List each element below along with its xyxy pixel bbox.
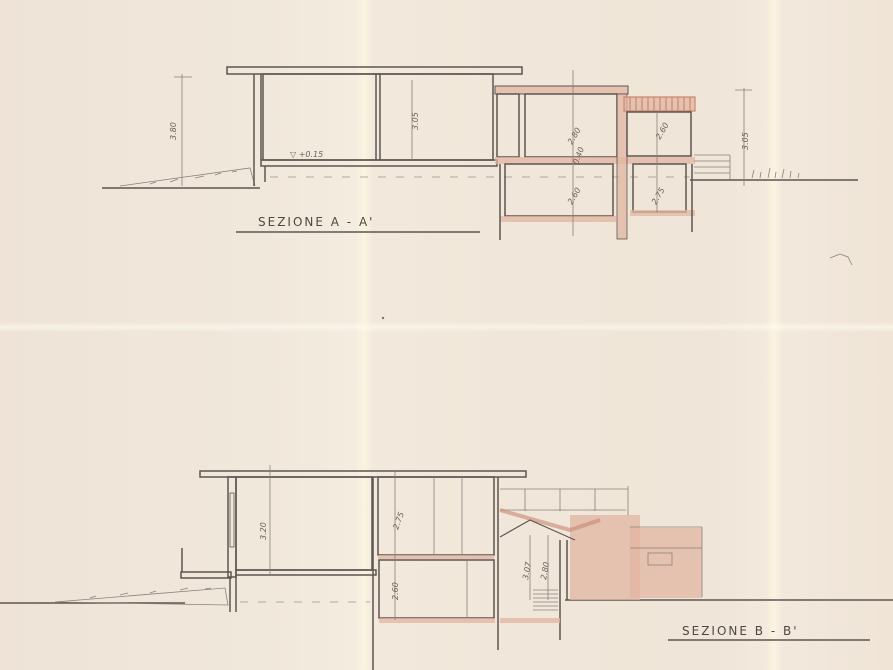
dim-right-height: 3.05 xyxy=(741,132,750,150)
dim-main-room-height: 3.05 xyxy=(411,112,420,130)
dim-left-height: 3.80 xyxy=(169,122,178,140)
dim-upper-room: 2.80 xyxy=(566,126,583,146)
dim-lower-room: 2.60 xyxy=(566,186,583,206)
dim-right-upper: 2.60 xyxy=(654,121,671,141)
pencil-dot xyxy=(382,317,384,319)
section-a: 3.80 ▽ +0.15 3.05 xyxy=(102,67,858,240)
pencil-mark xyxy=(830,254,852,265)
dim-b-porch-2: 2.80 xyxy=(539,561,551,580)
drawing-sheet: 3.80 ▽ +0.15 3.05 xyxy=(0,0,893,670)
dim-b-lower-room: 2.60 xyxy=(391,582,400,600)
section-b: 3.20 2.75 2.60 xyxy=(0,465,893,670)
dim-b-porch-1: 3.07 xyxy=(521,560,533,580)
dim-b-main-room: 3.20 xyxy=(259,522,268,540)
section-a-title: SEZIONE A - A' xyxy=(258,215,374,229)
dim-right-lower: 2.75 xyxy=(650,186,667,206)
section-b-title: SEZIONE B - B' xyxy=(682,624,799,638)
dim-b-upper-room: 2.75 xyxy=(391,511,406,531)
dim-floor-level: ▽ +0.15 xyxy=(290,150,323,159)
section-drawings: 3.80 ▽ +0.15 3.05 xyxy=(0,0,893,670)
